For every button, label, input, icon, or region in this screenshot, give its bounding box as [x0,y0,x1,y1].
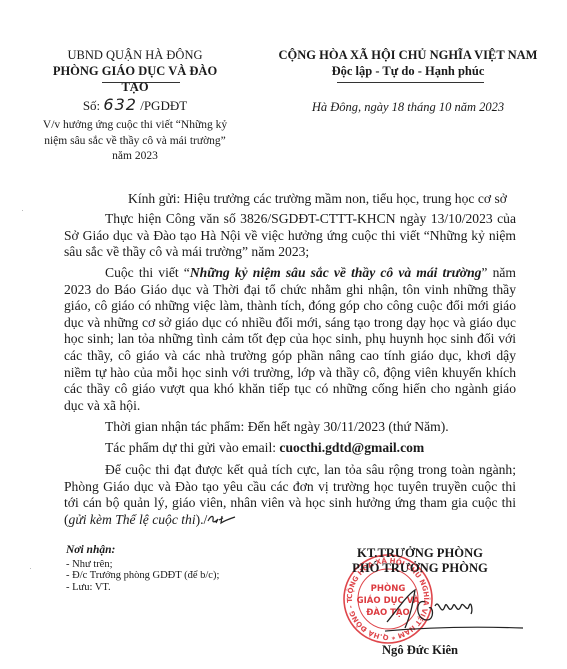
paragraph-deadline: Thời gian nhận tác phẩm: Đến hết ngày 30… [64,419,516,436]
department-name: PHÒNG GIÁO DỤC VÀ ĐÀO TẠO [40,63,230,95]
contest-title: Những kỷ niệm sâu sắc về thầy cô và mái … [190,265,482,280]
paragraph-text: Để cuộc thi đạt được kết quả tích cực, l… [64,462,516,528]
initials-mark-icon [207,516,237,526]
paragraph-text: Cuộc thi viết “Những kỷ niệm sâu sắc về … [64,265,516,414]
document-date: Hà Đông, ngày 18 tháng 10 năm 2023 [258,100,558,115]
signature-title: PHÓ TRƯỞNG PHÒNG [330,561,510,576]
recipient-line: Kính gửi: Hiệu trưởng các trường mầm non… [128,191,507,207]
scan-artifact [22,210,23,211]
paragraph-text: Tác phẩm dự thi gửi vào email: cuocthi.g… [64,440,516,457]
email-label: Tác phẩm dự thi gửi vào email: [105,440,279,455]
subject-line: V/v hưởng ứng cuộc thi viết “Những kỷ [40,118,230,134]
attachment-note: gửi kèm Thể lệ cuộc thi [69,512,196,527]
document-number-suffix: /PGDĐT [140,98,187,113]
signer-name: Ngô Đức Kiên [330,643,510,658]
document-subject: V/v hưởng ứng cuộc thi viết “Những kỷ ni… [40,118,230,165]
paragraph-request: Để cuộc thi đạt được kết quả tích cực, l… [64,462,516,528]
paragraph-text: Thời gian nhận tác phẩm: Đến hết ngày 30… [64,419,516,436]
signature-authority: KT.TRƯỞNG PHÒNG [330,546,510,561]
document-number-value: 632 [103,95,137,114]
document-number: Số: 632 /PGDĐT [40,96,230,115]
scan-artifact [30,568,31,569]
text: ” năm 2023 do Báo Giáo dục và Thời đại t… [64,265,516,413]
signature-block: KT.TRƯỞNG PHÒNG PHÓ TRƯỞNG PHÒNG [330,546,510,576]
paragraph-text: Thực hiện Công văn số 3826/SGDĐT-CTTT-KH… [64,211,516,261]
document-number-prefix: Số: [83,98,100,113]
national-title: CỘNG HÒA XÃ HỘI CHỦ NGHĨA VIỆT NAM Độc l… [258,47,558,79]
recipients-title: Nơi nhận: [66,545,219,557]
header-left-underline [102,82,180,83]
contest-email-link[interactable]: cuocthi.gdtd@gmail.com [279,440,424,455]
subject-line: năm 2023 [40,149,230,165]
text: )./ [196,512,208,527]
text: Cuộc thi viết “ [105,265,190,280]
paragraph-contest-description: Cuộc thi viết “Những kỷ niệm sâu sắc về … [64,265,516,414]
handwritten-signature-icon [385,580,525,635]
nation-name: CỘNG HÒA XÃ HỘI CHỦ NGHĨA VIỆT NAM [258,47,558,63]
subject-line: niệm sâu sắc về thầy cô và mái trường” [40,134,230,150]
header-right-underline [337,82,484,83]
recipients-block: Nơi nhận: - Như trên; - Đ/c Trưởng phòng… [66,545,219,593]
recipient-item: - Như trên; [66,559,219,571]
paragraph-email: Tác phẩm dự thi gửi vào email: cuocthi.g… [64,440,516,457]
recipient-item: - Đ/c Trưởng phòng GDĐT (để b/c); [66,570,219,582]
recipient-item: - Lưu: VT. [66,582,219,594]
authority-name: UBND QUẬN HÀ ĐÔNG [40,47,230,63]
national-motto: Độc lập - Tự do - Hạnh phúc [258,63,558,79]
paragraph-reference: Thực hiện Công văn số 3826/SGDĐT-CTTT-KH… [64,211,516,261]
issuing-authority: UBND QUẬN HÀ ĐÔNG PHÒNG GIÁO DỤC VÀ ĐÀO … [40,47,230,95]
